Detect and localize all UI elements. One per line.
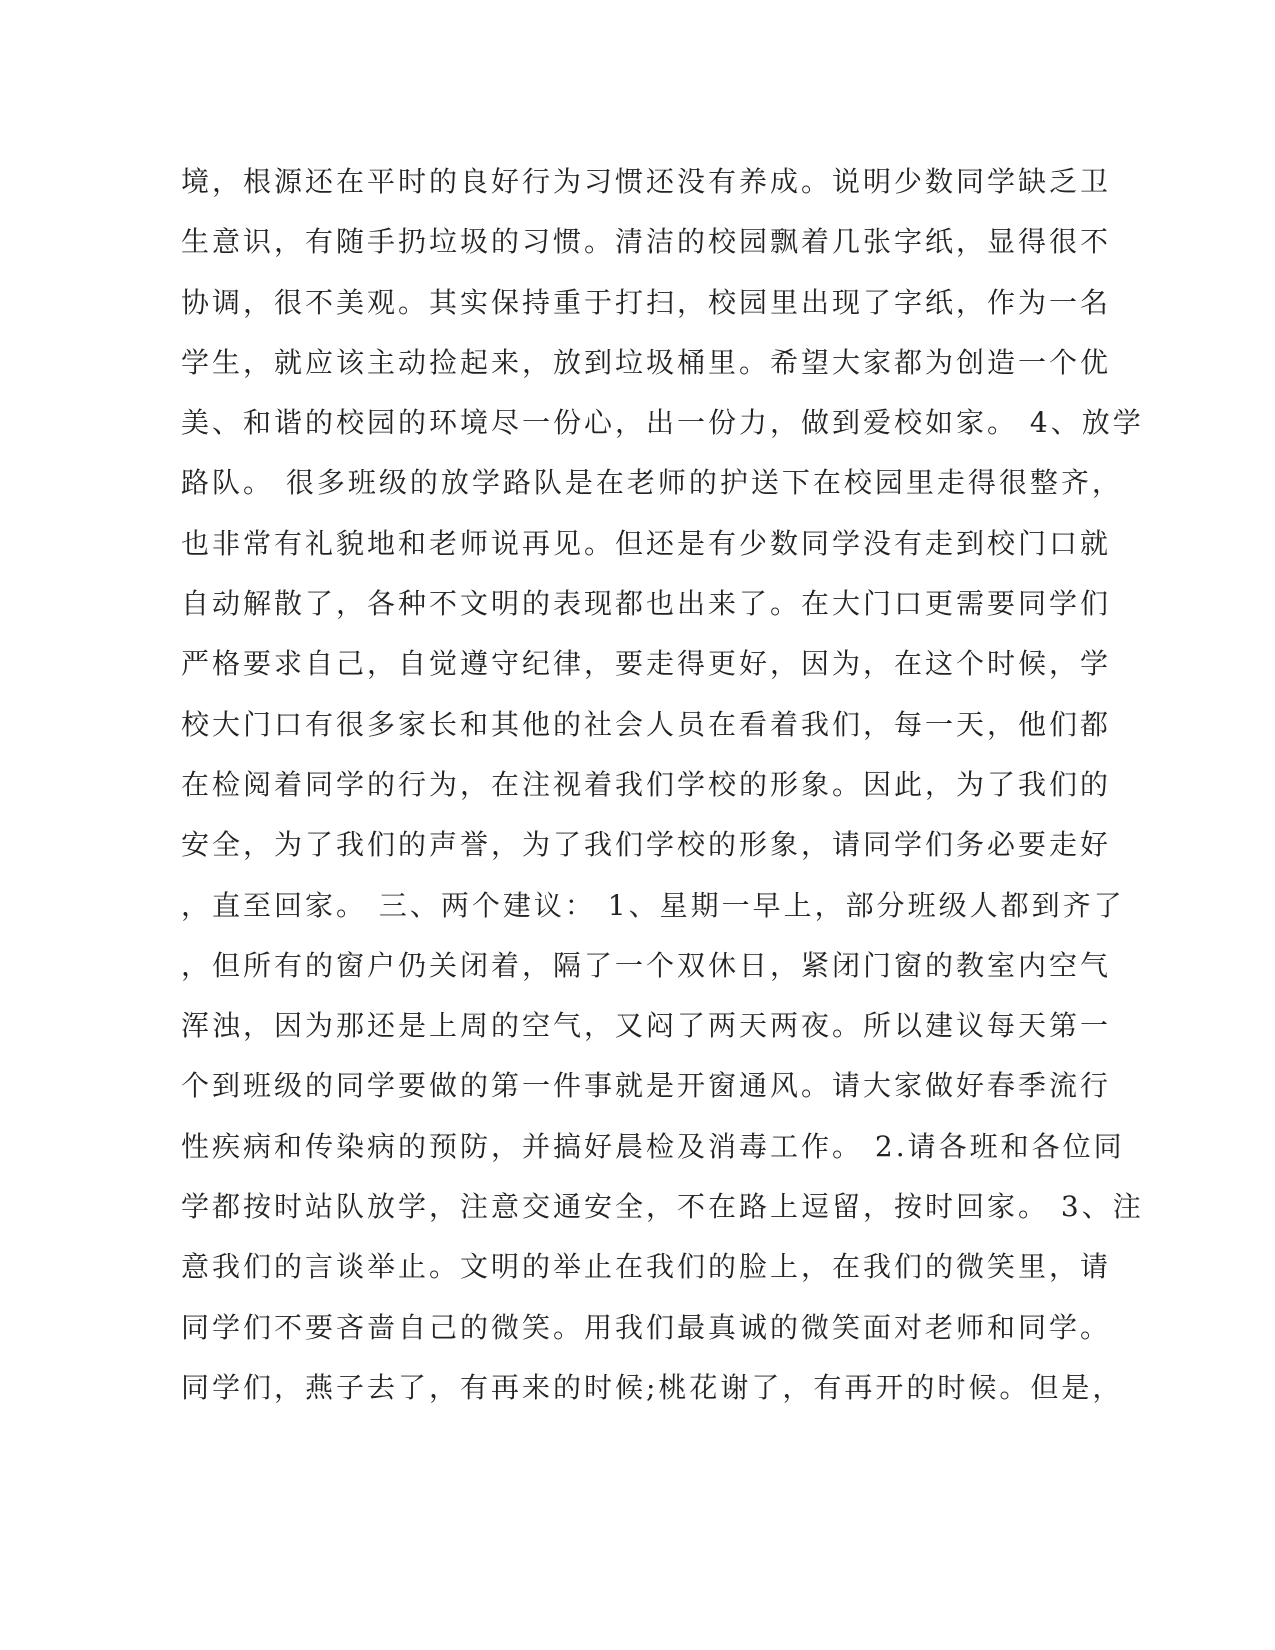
text-line: 严格要求自己，自觉遵守纪律，要走得更好，因为，在这个时候，学 — [181, 634, 1041, 694]
text-line: 个到班级的同学要做的第一件事就是开窗通风。请大家做好春季流行 — [181, 1056, 1041, 1116]
document-page: 境，根源还在平时的良好行为习惯还没有养成。说明少数同学缺乏卫 生意识，有随手扔垃… — [0, 0, 1275, 1650]
text-line: 安全，为了我们的声誉，为了我们学校的形象，请同学们务必要走好 — [181, 815, 1041, 875]
text-line: 路队。 很多班级的放学路队是在老师的护送下在校园里走得很整齐， — [181, 453, 1041, 513]
text-line: 协调，很不美观。其实保持重于打扫，校园里出现了字纸，作为一名 — [181, 273, 1041, 333]
text-line: 境，根源还在平时的良好行为习惯还没有养成。说明少数同学缺乏卫 — [181, 152, 1041, 212]
text-line: 自动解散了，各种不文明的表现都也出来了。在大门口更需要同学们 — [181, 574, 1041, 634]
text-line: 同学们，燕子去了，有再来的时候;桃花谢了，有再开的时候。但是， — [181, 1358, 1041, 1418]
text-line: ，但所有的窗户仍关闭着，隔了一个双休日，紧闭门窗的教室内空气 — [181, 936, 1041, 996]
text-line: 学都按时站队放学，注意交通安全，不在路上逗留，按时回家。 3、注 — [181, 1177, 1041, 1237]
text-line: 生意识，有随手扔垃圾的习惯。清洁的校园飘着几张字纸，显得很不 — [181, 212, 1041, 272]
text-line: 校大门口有很多家长和其他的社会人员在看着我们，每一天，他们都 — [181, 695, 1041, 755]
text-line: 在检阅着同学的行为，在注视着我们学校的形象。因此，为了我们的 — [181, 755, 1041, 815]
text-line: 浑浊，因为那还是上周的空气，又闷了两天两夜。所以建议每天第一 — [181, 996, 1041, 1056]
text-line: 美、和谐的校园的环境尽一份心，出一份力，做到爱校如家。 4、放学 — [181, 393, 1041, 453]
text-line: 性疾病和传染病的预防，并搞好晨检及消毒工作。 2.请各班和各位同 — [181, 1117, 1041, 1177]
body-text: 境，根源还在平时的良好行为习惯还没有养成。说明少数同学缺乏卫 生意识，有随手扔垃… — [181, 152, 1041, 1418]
text-line: ，直至回家。 三、两个建议： 1、星期一早上，部分班级人都到齐了 — [181, 876, 1041, 936]
text-line: 也非常有礼貌地和老师说再见。但还是有少数同学没有走到校门口就 — [181, 514, 1041, 574]
text-line: 学生，就应该主动捡起来，放到垃圾桶里。希望大家都为创造一个优 — [181, 333, 1041, 393]
text-line: 意我们的言谈举止。文明的举止在我们的脸上，在我们的微笑里，请 — [181, 1237, 1041, 1297]
text-line: 同学们不要吝啬自己的微笑。用我们最真诚的微笑面对老师和同学。 — [181, 1298, 1041, 1358]
